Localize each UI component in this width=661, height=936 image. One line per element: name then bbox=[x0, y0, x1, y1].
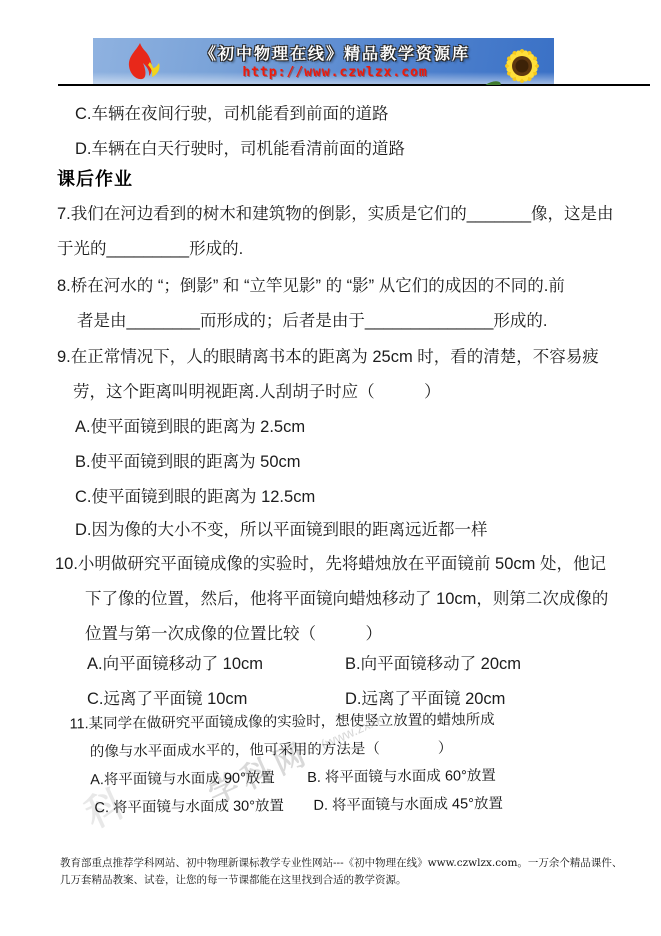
question-10-line-1: 10.小明做研究平面镜成像的实验时，先将蜡烛放在平面镜前 50cm 处，他记 bbox=[55, 553, 606, 575]
prev-option-d: D.车辆在白天行驶时，司机能看清前面的道路 bbox=[75, 138, 405, 160]
question-7-line-1: 7.我们在河边看到的树木和建筑物的倒影，实质是它们的_______像，这是由 bbox=[57, 203, 614, 225]
question-11-line-2: 的像与水平面成水平的，他可采用的方法是（ ） bbox=[90, 738, 453, 762]
question-7-line-2: 于光的_________形成的. bbox=[57, 238, 243, 260]
banner-text-block: 《初中物理在线》精品教学资源库 http://www.czwlzx.com bbox=[185, 41, 485, 80]
question-11-option-c: C. 将平面镜与水面成 30°放置 bbox=[94, 796, 284, 818]
question-11-line-1: 11.某同学在做研究平面镜成像的实验时，想使竖立放置的蜡烛所成 bbox=[69, 710, 494, 734]
sunflower-image bbox=[484, 38, 554, 85]
page-footer: 教育部重点推荐学科网站、初中物理新课标教学专业性网站---《初中物理在线》www… bbox=[60, 855, 638, 889]
question-10-line-3: 位置与第一次成像的位置比较（ ） bbox=[85, 623, 382, 645]
banner-title: 《初中物理在线》精品教学资源库 bbox=[185, 41, 485, 64]
site-banner: 《初中物理在线》精品教学资源库 http://www.czwlzx.com bbox=[93, 38, 554, 85]
banner-url-link[interactable]: http://www.czwlzx.com bbox=[185, 65, 485, 80]
question-10-option-a: A.向平面镜移动了 10cm bbox=[87, 653, 263, 675]
site-logo-icon bbox=[117, 42, 171, 82]
question-11-option-b: B. 将平面镜与水面成 60°放置 bbox=[307, 766, 496, 788]
question-11-option-a: A.将平面镜与水面成 90°放置 bbox=[90, 768, 275, 790]
question-9-option-a: A.使平面镜到眼的距离为 2.5cm bbox=[75, 416, 305, 438]
question-10-option-b: B.向平面镜移动了 20cm bbox=[345, 653, 521, 675]
prev-option-c: C.车辆在夜间行驶，司机能看到前面的道路 bbox=[75, 103, 389, 125]
section-heading: 课后作业 bbox=[57, 168, 133, 190]
question-11-image-block: 学科网 (www.zxxk 科 11.某同学在做研究平面镜成像的实验时，想使竖立… bbox=[63, 703, 546, 820]
question-8-line-1: 8.桥在河水的 “；倒影” 和 “立竿见影” 的 “影” 从它们的成因的不同的.… bbox=[57, 275, 565, 297]
banner-divider bbox=[58, 84, 650, 86]
question-9-option-c: C.使平面镜到眼的距离为 12.5cm bbox=[75, 486, 315, 508]
document-page: 《初中物理在线》精品教学资源库 http://www.czwlzx.com bbox=[0, 0, 661, 936]
question-11-option-d: D. 将平面镜与水面成 45°放置 bbox=[313, 794, 503, 816]
footer-line-1: 教育部重点推荐学科网站、初中物理新课标教学专业性网站---《初中物理在线》www… bbox=[60, 855, 638, 872]
question-9-line-2: 劳，这个距离叫明视距离.人刮胡子时应（ ） bbox=[73, 381, 441, 403]
question-9-line-1: 9.在正常情况下，人的眼睛离书本的距离为 25cm 时，看的清楚，不容易疲 bbox=[57, 346, 599, 368]
question-9-option-d: D.因为像的大小不变，所以平面镜到眼的距离远近都一样 bbox=[75, 519, 488, 541]
question-9-option-b: B.使平面镜到眼的距离为 50cm bbox=[75, 451, 301, 473]
question-8-line-2: 者是由________而形成的；后者是由于______________形成的. bbox=[77, 310, 547, 332]
question-10-line-2: 下了像的位置，然后，他将平面镜向蜡烛移动了 10cm，则第二次成像的 bbox=[85, 588, 608, 610]
grass-leaf bbox=[484, 79, 502, 85]
footer-line-2: 几万套精品教案、试卷，让您的每一节课都能在这里找到合适的教学资源。 bbox=[60, 872, 638, 889]
